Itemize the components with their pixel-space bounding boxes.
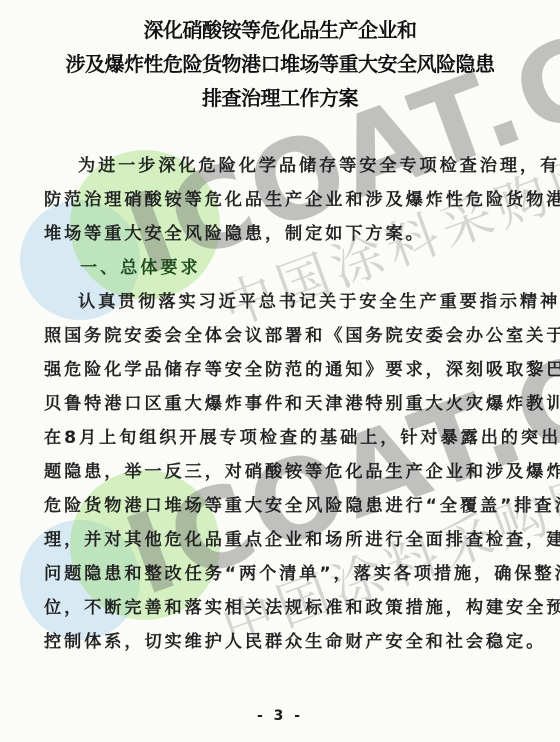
body-line: 认真贯彻落实习近平总书记关于安全生产重要指示精神，按 — [78, 287, 558, 312]
body-line: 问题隐患和整改任务“两个清单”，落实各项措施，确保整治到 — [44, 559, 524, 584]
document-title-line-3: 排查治理工作方案 — [0, 82, 560, 111]
document-title-line-1: 深化硝酸铵等危化品生产企业和 — [0, 14, 560, 43]
intro-line: 堆场等重大安全风险隐患，制定如下方案。 — [44, 219, 524, 244]
body-line: 理，并对其他危化品重点企业和场所进行全面排查检查，建立 — [44, 525, 524, 550]
document-title-line-2: 涉及爆炸性危险货物港口堆场等重大安全风险隐患 — [0, 48, 560, 77]
page-number: - 3 - — [0, 708, 560, 724]
section-heading: 一、总体要求 — [80, 253, 560, 278]
body-line: 控制体系，切实维护人民群众生命财产安全和社会稳定。 — [44, 627, 524, 652]
body-line: 位，不断完善和落实相关法规标准和政策措施，构建安全预防 — [44, 593, 524, 618]
intro-line: 为进一步深化危险化学品储存等安全专项检查治理，有效 — [78, 151, 558, 176]
document-page: ICOAT.CC 中国涂料采购网 ICOAT.CC 中国涂料采购网 深化硝酸铵等… — [0, 0, 560, 742]
body-line: 题隐患，举一反三，对硝酸铵等危化品生产企业和涉及爆炸性 — [44, 457, 524, 482]
body-line: 贝鲁特港口区重大爆炸事件和天津港特别重大火灾爆炸教训， — [44, 389, 524, 414]
body-line: 在8月上旬组织开展专项检查的基础上，针对暴露出的突出问 — [44, 423, 524, 448]
intro-line: 防范治理硝酸铵等危化品生产企业和涉及爆炸性危险货物港口 — [44, 185, 524, 210]
body-line: 照国务院安委会全体会议部署和《国务院安委会办公室关于加 — [44, 321, 524, 346]
body-line: 强危险化学品储存等安全防范的通知》要求，深刻吸取黎巴嫩 — [44, 355, 524, 380]
body-line: 危险货物港口堆场等重大安全风险隐患进行“全覆盖”排查治 — [44, 491, 524, 516]
